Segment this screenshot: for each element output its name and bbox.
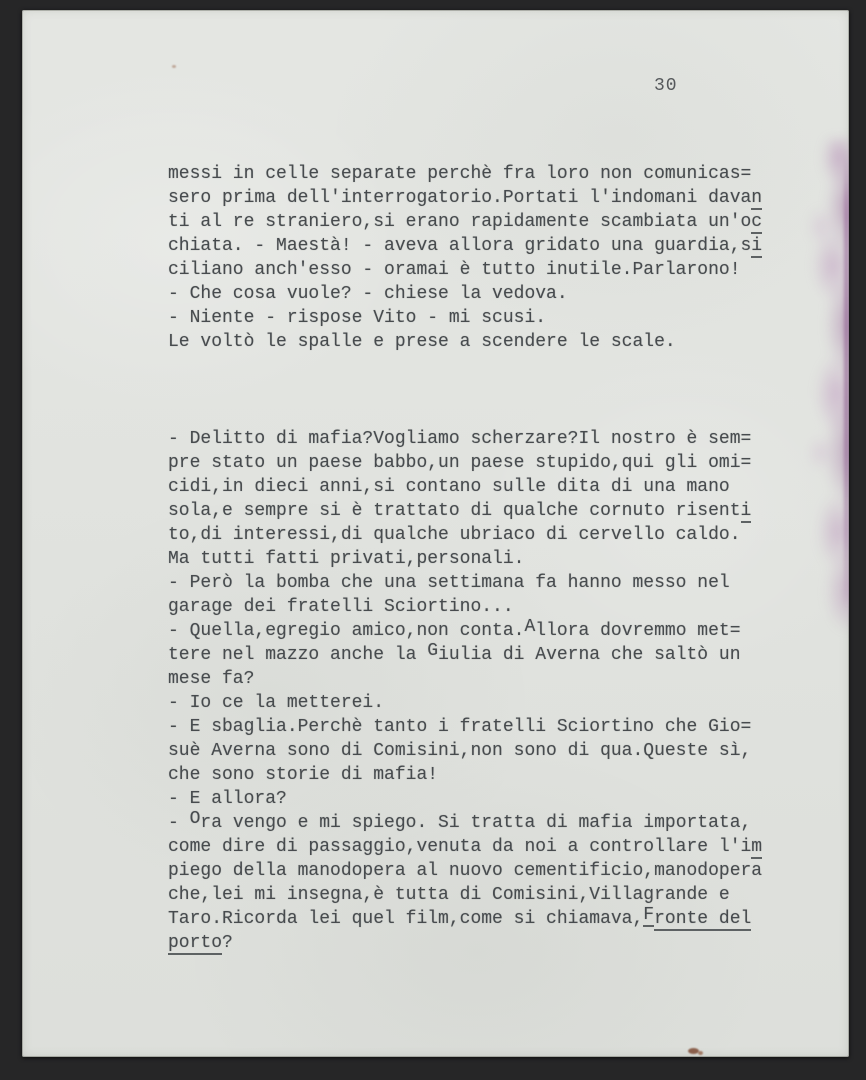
- text-line: come dire di passaggio,venuta da noi a c…: [168, 835, 762, 859]
- text-segment: porto: [168, 933, 222, 955]
- text-line: - Che cosa vuole? - chiese la vedova.: [168, 282, 762, 306]
- text-segment: - Che cosa vuole? - chiese la vedova.: [168, 284, 568, 304]
- text-line: - Delitto di mafia?Vogliamo scherzare?Il…: [168, 427, 762, 451]
- text-line: sero prima dell'interrogatorio.Portati l…: [168, 186, 762, 210]
- text-line: - E sbaglia.Perchè tanto i fratelli Scio…: [168, 715, 762, 739]
- text-segment: - Niente - rispose Vito - mi scusi.: [168, 308, 546, 328]
- text-segment: suè Averna sono di Comisini,non sono di …: [168, 741, 751, 761]
- text-segment: sero prima dell'interrogatorio.Portati l…: [168, 188, 751, 208]
- text-segment: - Delitto di mafia?Vogliamo scherzare?Il…: [168, 429, 751, 449]
- scan-background: { "colors":{ "frame":"#262627", "paper":…: [0, 0, 866, 1080]
- text-segment: G: [427, 641, 438, 661]
- text-segment: mese fa?: [168, 669, 254, 689]
- text-segment: llora dovremmo met=: [535, 621, 740, 641]
- text-line: ciliano anch'esso - oramai è tutto inuti…: [168, 258, 762, 282]
- text-segment: ra vengo e mi spiego. Si tratta di mafia…: [200, 813, 751, 833]
- purple-dye-stain: [771, 138, 849, 630]
- text-segment: Ma tutti fatti privati,personali.: [168, 549, 524, 569]
- text-segment: m: [751, 837, 762, 859]
- text-line: Taro.Ricorda lei quel film,come si chiam…: [168, 907, 762, 931]
- text-segment: - E allora?: [168, 789, 287, 809]
- paper-blemish: [698, 1051, 703, 1055]
- text-line: pre stato un paese babbo,un paese stupid…: [168, 451, 762, 475]
- text-line: sola,e sempre si è trattato di qualche c…: [168, 499, 762, 523]
- text-segment: che sono storie di mafia!: [168, 765, 438, 785]
- document-page: 30 messi in celle separate perchè fra lo…: [22, 10, 849, 1057]
- text-segment: n: [751, 188, 762, 210]
- text-segment: chiata. - Maestà! - aveva allora gridato…: [168, 236, 751, 256]
- text-line: che sono storie di mafia!: [168, 763, 762, 787]
- text-segment: - Io ce la metterei.: [168, 693, 384, 713]
- text-segment: to,di interessi,di qualche ubriaco di ce…: [168, 525, 741, 545]
- text-segment: -: [168, 813, 190, 833]
- text-line: - Niente - rispose Vito - mi scusi.: [168, 306, 762, 330]
- text-segment: ciliano anch'esso - oramai è tutto inuti…: [168, 260, 741, 280]
- text-line: - Quella,egregio amico,non conta.Allora …: [168, 619, 762, 643]
- text-segment: sola,e sempre si è trattato di qualche c…: [168, 501, 741, 521]
- text-segment: garage dei fratelli Sciortino...: [168, 597, 514, 617]
- text-line: - Però la bomba che una settimana fa han…: [168, 571, 762, 595]
- purple-stain-edge: [844, 150, 849, 610]
- text-line: - Io ce la metterei.: [168, 691, 762, 715]
- text-line: - Ora vengo e mi spiego. Si tratta di ma…: [168, 811, 762, 835]
- text-segment: - E sbaglia.Perchè tanto i fratelli Scio…: [168, 717, 751, 737]
- text-line: cidi,in dieci anni,si contano sulle dita…: [168, 475, 762, 499]
- text-segment: c: [751, 212, 762, 234]
- text-segment: che,lei mi insegna,è tutta di Comisini,V…: [168, 885, 730, 905]
- text-segment: i: [751, 236, 762, 258]
- text-line: tere nel mazzo anche la Giulia di Averna…: [168, 643, 762, 667]
- paper-blemish: [688, 1048, 699, 1054]
- text-segment: ti al re straniero,si erano rapidamente …: [168, 212, 751, 232]
- text-segment: tere nel mazzo anche la: [168, 645, 427, 665]
- text-segment: - Però la bomba che una settimana fa han…: [168, 573, 730, 593]
- text-line: Le voltò le spalle e prese a scendere le…: [168, 330, 762, 354]
- text-segment: cidi,in dieci anni,si contano sulle dita…: [168, 477, 730, 497]
- text-segment: pre stato un paese babbo,un paese stupid…: [168, 453, 751, 473]
- paper-blemish: [172, 65, 176, 68]
- text-line: suè Averna sono di Comisini,non sono di …: [168, 739, 762, 763]
- text-line: che,lei mi insegna,è tutta di Comisini,V…: [168, 883, 762, 907]
- paragraph-1: messi in celle separate perchè fra loro …: [168, 162, 762, 354]
- text-line: - E allora?: [168, 787, 762, 811]
- page-number: 30: [654, 74, 678, 98]
- text-line: to,di interessi,di qualche ubriaco di ce…: [168, 523, 762, 547]
- paragraph-2: - Delitto di mafia?Vogliamo scherzare?Il…: [168, 427, 762, 955]
- text-segment: iulia di Averna che saltò un: [438, 645, 740, 665]
- text-line: piego della manodopera al nuovo cementif…: [168, 859, 762, 883]
- text-line: messi in celle separate perchè fra loro …: [168, 162, 762, 186]
- text-line: ti al re straniero,si erano rapidamente …: [168, 210, 762, 234]
- text-segment: O: [190, 809, 201, 829]
- text-line: porto?: [168, 931, 762, 955]
- text-segment: Le voltò le spalle e prese a scendere le…: [168, 332, 676, 352]
- text-segment: i: [741, 501, 752, 523]
- text-segment: messi in celle separate perchè fra loro …: [168, 164, 751, 184]
- text-segment: Taro.Ricorda lei quel film,come si chiam…: [168, 909, 643, 929]
- text-segment: - Quella,egregio amico,non conta.: [168, 621, 524, 641]
- text-segment: piego della manodopera al nuovo cementif…: [168, 861, 762, 881]
- text-segment: F: [643, 905, 654, 927]
- text-segment: come dire di passaggio,venuta da noi a c…: [168, 837, 751, 857]
- text-line: garage dei fratelli Sciortino...: [168, 595, 762, 619]
- text-segment: ronte del: [654, 909, 751, 931]
- text-line: mese fa?: [168, 667, 762, 691]
- text-line: Ma tutti fatti privati,personali.: [168, 547, 762, 571]
- text-segment: ?: [222, 933, 233, 953]
- text-line: chiata. - Maestà! - aveva allora gridato…: [168, 234, 762, 258]
- text-segment: A: [524, 617, 535, 637]
